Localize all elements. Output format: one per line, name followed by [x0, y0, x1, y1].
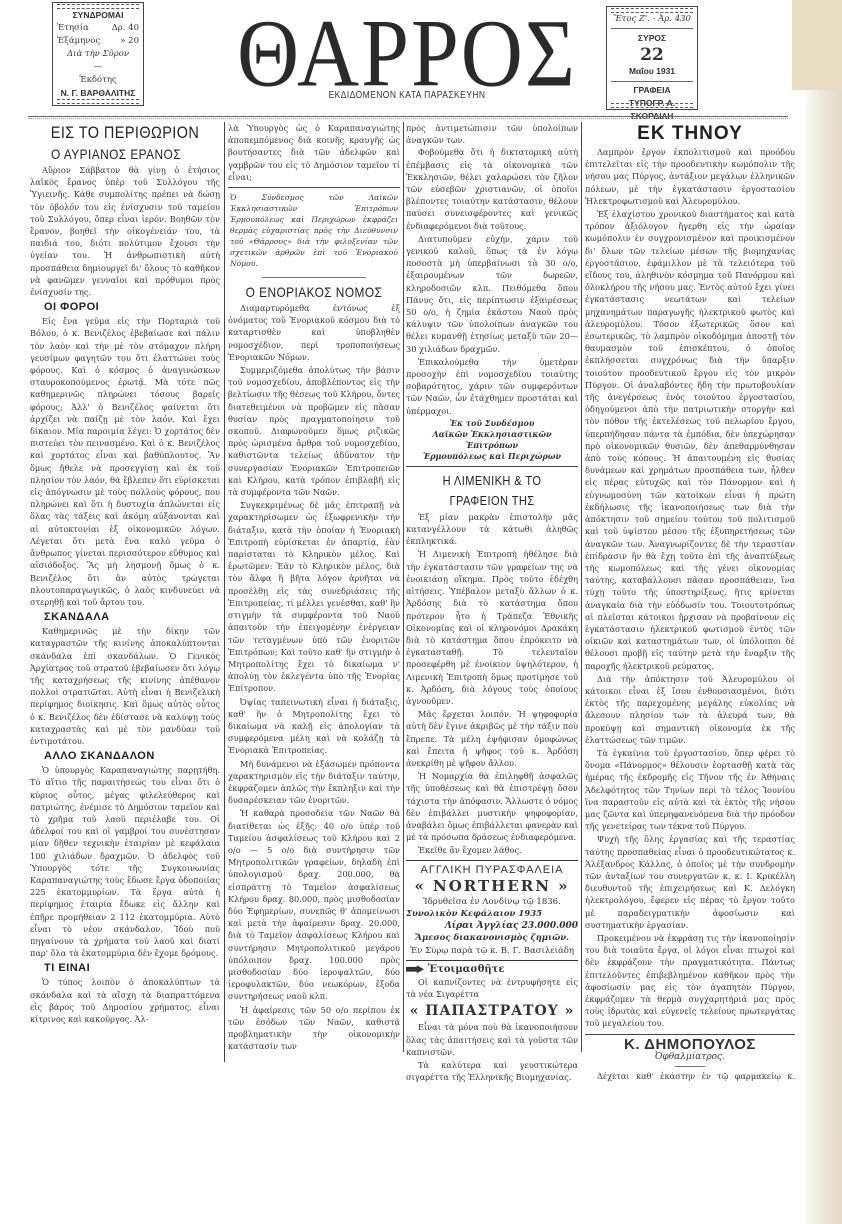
newspaper-title: ΘΑΡΡΟΣ [226, 6, 588, 100]
article-paragraph: Ἡ ἀφαίρεσις τῶν 50 ο/ο περίπου ἐκ τῶν ἐσ… [228, 1004, 400, 1053]
article-title: ΟΙ ΦΟΡΟΙ [30, 299, 220, 315]
ad-founded: Ἱδρυθεῖσα ἐν Λονδίνῳ τῷ 1836. [406, 896, 578, 908]
column-2: λὰ Ὑπουργὸς ὡς ὁ Καραπαναγιώτης ἀποπεμπό… [228, 122, 400, 1082]
divider [406, 466, 578, 467]
column-4: ΕΚ ΤΗΝΟΥ Λαμπρὸν ἔργον ἐκπολιτισμοῦ καὶ … [585, 122, 795, 1082]
subscription-box: ΣΥΝΔΡΟΜΑΙ Ἐτησία Δρ. 40 Ἑξάμηνος » 20 Δι… [52, 2, 144, 106]
article-paragraph: Διαμαρτυρόμεθα ἐντόνως ἐξ ὀνόματος τοῦ Ἐ… [228, 302, 400, 363]
row-value: Δρ. 40 [112, 22, 139, 35]
signature-line: Ἑρμουπόλεως καὶ Περιχώρων [406, 451, 578, 462]
article-paragraph: Λαμπρὸν ἔργον ἐκπολιτισμοῦ καὶ προόδου ἐ… [585, 146, 795, 207]
article-paragraph: Ἐξ ἐλαχίστου χρονικοῦ διαστήματος καὶ κα… [585, 208, 795, 672]
office-heading: ΓΡΑΦΕΙΑ [611, 84, 693, 97]
article-paragraph: Εἰς ἕνα γεῦμα εἰς τὴν Πορταριὰ τοῦ Βόλου… [30, 315, 220, 608]
masthead-rule [28, 116, 788, 117]
issue-city: ΣΥΡΟΣ [611, 32, 693, 45]
editor-label: Ἐκδότης [57, 74, 139, 87]
ad-capital: Συνολικὸν Κεφάλαιον 1935 [406, 908, 578, 920]
doctor-hours: Δέχεται καθ' ἑκάστην ἐν τῷ φαρμακείῳ κ. … [585, 1070, 795, 1082]
signature-line: Λαϊκῶν Ἐκκλησιαστικῶν Ἐπιτρόπων [406, 429, 578, 451]
ad-brand: « ΠΑΠΑΣΤΡΑΤΟΥ » [406, 1001, 578, 1021]
article-paragraph: Ἡ Νομαρχία θὰ ἐπιληφθῇ ἀσφαλῶς τῆς ὑποθέ… [406, 770, 578, 843]
paper-edge [806, 0, 842, 1224]
article-paragraph: Ἐκεῖθε ἂν ἔχομεν λάθος. [406, 844, 578, 856]
ad-body: Εἶναι τὰ μόνα ποὺ θὰ ἱκανοποιήσουν ὅλας … [406, 1021, 578, 1058]
article-paragraph: Καθημερινῶς μὲ τὴν δίκην τῶν καταγραστῶν… [30, 625, 220, 747]
article-title: ΑΛΛΟ ΣΚΑΝΔΑΛΟΝ [30, 748, 220, 764]
article-paragraph: Ψυχὴ τῆς ὅλης ἐργασίας καὶ τῆς τεραστίας… [585, 833, 795, 931]
article-paragraph: Ἡ Λιμενικὴ Ἐπιτροπὴ ἠθέλησε διὰ τὴν ἐγκα… [406, 548, 578, 707]
issue-number: Ἔτος Ζ'. - Ἀρ. 430 [611, 13, 693, 26]
subscription-row: Ἑξάμηνος » 20 [57, 35, 139, 48]
article-paragraph: Ἡ καθαρὰ προσοδεία τῶν Ναῶν θὰ διατίθετα… [228, 807, 400, 1002]
ad-agent: Ἐν Σύρῳ παρὰ τῷ κ. Β. Γ. Βασιλειάδη [406, 945, 578, 957]
article-paragraph: Προκειμένου νὰ ἐκφράσῃ τις τὴν ἱκανοποίη… [585, 932, 795, 1030]
divider: — [57, 61, 139, 74]
northern-insurance-ad: ΑΓΓΛΙΚΗ ΠΥΡΑΣΦΑΛΕΙΑ « NORTHERN » Ἱδρυθεῖ… [406, 860, 578, 957]
masthead-rule-dotted [28, 118, 788, 119]
subscription-row: Ἐτησία Δρ. 40 [57, 22, 139, 35]
ad-title: ΑΓΓΛΙΚΗ ΠΥΡΑΣΦΑΛΕΙΑ [406, 864, 578, 876]
association-note: Ὁ Σύνδεσμος τῶν Λαϊκῶν Ἐκκλησιαστικῶν Ἐπ… [228, 187, 400, 273]
issue-day: 22 [611, 45, 693, 65]
papastratos-ad: Ἑτοιμασθῆτε Οἱ καπνίζοντες νὰ ἐντρυφήσητ… [406, 960, 578, 1082]
article-paragraph: Συγκεκριμένως δὲ μᾶς ἐπιτραπῇ νὰ χαρακτη… [228, 499, 400, 694]
ad-amount: Λίραι Ἀγγλίας 23.000.000 [406, 920, 578, 932]
divider [585, 1034, 795, 1035]
ad-brand: « NORTHERN » [406, 876, 578, 896]
subscription-heading: ΣΥΝΔΡΟΜΑΙ [57, 9, 139, 22]
article-title: ΤΙ ΕΙΝΑΙ [30, 960, 220, 976]
pointing-hand-icon [406, 965, 424, 973]
article-title: Ο ΕΝΟΡΙΑΚΟΣ ΝΟΜΟΣ [241, 282, 387, 302]
signature-line: Ἐκ τοῦ Συνδέσμου [406, 418, 578, 429]
article-paragraph: Μᾶς ἔρχεται λοιπόν. Ἡ ψηφοφορία αὐτὴ δὲν… [406, 708, 578, 769]
editor-name: Ν. Γ. ΒΑΡΘΑΛΙΤΗΣ [57, 87, 139, 100]
article-paragraph: Τὰ ἐγκαίνια τοῦ ἐργοστασίου, ὅπερ φέρει … [585, 747, 795, 832]
article-paragraph: Διὰ τὴν ἀπόκτησιν τοῦ Ἀλευρομύλου οἱ κάτ… [585, 673, 795, 746]
article-title: Η ΛΙΜΕΝΙΚΗ & ΤΟ ΓΡΑΦΕΙΟΝ ΤΗΣ [419, 471, 565, 511]
article-paragraph: Ὁ τύπος λοιπὸν ὁ ἀποκαλύπτων τὰ σκάνδαλα… [30, 976, 220, 1025]
issue-month-year: Μαΐου 1931 [611, 65, 693, 78]
issue-box: Ἔτος Ζ'. - Ἀρ. 430 ΣΥΡΟΣ 22 Μαΐου 1931 Γ… [606, 6, 698, 110]
section-title: ΕΙΣ ΤΟ ΠΕΡΙΘΩΡΙΟΝ [44, 122, 206, 144]
divider [262, 277, 365, 278]
article-title: ΣΚΑΝΔΑΛΑ [30, 609, 220, 625]
doctor-ad: Κ. ΔΗΜΟΠΟΥΛΟΣ Ὀφθαλμίατρος. Δέχεται καθ'… [585, 1039, 795, 1082]
row-label: Ἐτησία [57, 22, 89, 35]
ad-heading-row: Ἑτοιμασθῆτε [406, 964, 578, 976]
ad-heading: Ἑτοιμασθῆτε [428, 964, 504, 975]
article-paragraph: Αὔριον Σάββατον θὰ γίνῃ ὁ ἐτήσιος λαϊκὸς… [30, 164, 220, 298]
row-value: » 20 [120, 35, 139, 48]
article-paragraph: Μὴ δυνάμενοι νὰ ἐξάσωμεν πρόποντα χαρακτ… [228, 758, 400, 807]
article-paragraph: Ἐξ μίαν μακρὰν ἐπιστολὴν μᾶς κατανγέλλου… [406, 511, 578, 548]
subscription-note: Διὰ τὴν Σῦρον [57, 48, 139, 61]
ad-body: Τὰ καλύτερα καὶ γευστικώτερα σιγαρέττα τ… [406, 1059, 578, 1082]
article-title: ΕΚ ΤΗΝΟΥ [585, 122, 795, 146]
row-label: Ἑξάμηνος [57, 35, 100, 48]
office-address: ΤΥΠΟΓΡ. Α. ΣΚΟΡΔΙΛΗ [611, 97, 693, 123]
doctor-name: Κ. ΔΗΜΟΠΟΥΛΟΣ [585, 1039, 795, 1051]
column-rule [224, 122, 225, 1062]
doctor-title: Ὀφθαλμίατρος. [585, 1051, 795, 1063]
newspaper-subtitle: ΕΚΔΙΔΟΜΕΝΟΝ ΚΑΤΑ ΠΑΡΑΣΚΕΥΗΝ [253, 90, 561, 101]
article-paragraph: Συμμεριζόμεθα ἀπολύτως τὴν βάσιν τοῦ νομ… [228, 364, 400, 498]
ad-policy: Ἄμεσος διακανονισμὸς ζημιῶν. [406, 932, 578, 944]
article-paragraph: Διατυποῦμεν εὐχήν, χάριν τοῦ γενικοῦ καλ… [406, 233, 578, 355]
column-rule [581, 122, 582, 1052]
ad-intro: Οἱ καπνίζοντες νὰ ἐντρυφήσητε εἰς τὰ νέα… [406, 976, 578, 1000]
article-title: Ο ΑΥΡΙΑΝΟΣ ΕΡΑΝΟΣ [44, 144, 206, 164]
article-paragraph: Φοβούμεθα ὅτι ἡ δικτατορικὴ αὐτὴ ἐπέμβασ… [406, 146, 578, 231]
divider [675, 1066, 705, 1067]
column-3: πρὸς ἀντιμετώπισιν τῶν ὑπολοίπων ἀναγκῶν… [406, 122, 578, 1082]
article-paragraph: πρὸς ἀντιμετώπισιν τῶν ὑπολοίπων ἀναγκῶν… [406, 122, 578, 146]
article-paragraph: Ὀψίας ταπεινωτικὴ εἶναι ἡ διάταξις, καθ'… [228, 696, 400, 757]
article-continuation: λὰ Ὑπουργὸς ὡς ὁ Καραπαναγιώτης ἀποπεμπό… [228, 122, 400, 183]
newspaper-page: ΣΥΝΔΡΟΜΑΙ Ἐτησία Δρ. 40 Ἑξάμηνος » 20 Δι… [28, 0, 810, 1224]
article-paragraph: Ὁ ὑπουργὸς Καραπαναγιώτης παρῃτήθη. Τὸ α… [30, 764, 220, 959]
article-paragraph: Ἐπικαλούμεθα τὴν ὑμετέραν προσοχὴν ἐπὶ ν… [406, 356, 578, 417]
column-1: ΕΙΣ ΤΟ ΠΕΡΙΘΩΡΙΟΝ Ο ΑΥΡΙΑΝΟΣ ΕΡΑΝΟΣ Αὔρι… [30, 122, 220, 1122]
column-rule [403, 122, 404, 1052]
